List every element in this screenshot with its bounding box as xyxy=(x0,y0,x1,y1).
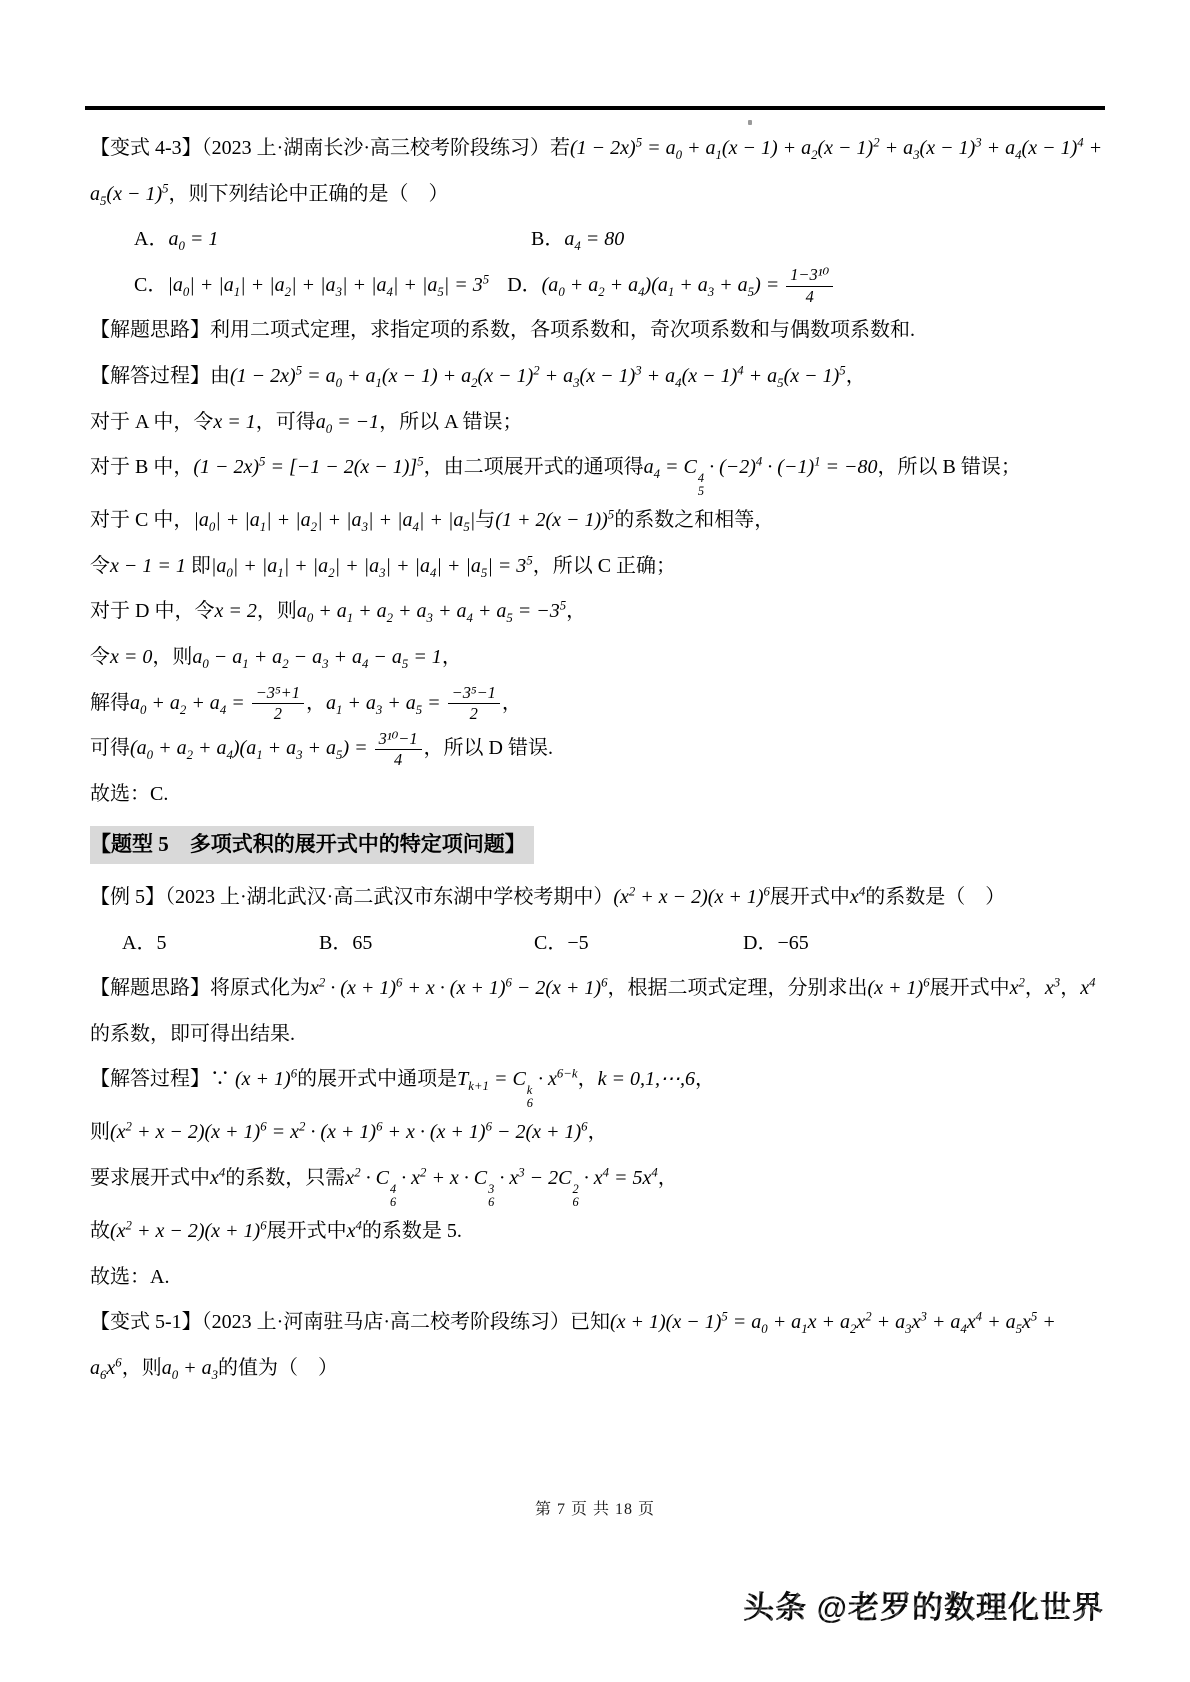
solution-step-d3: 解得a0 + a2 + a4 = −3⁵+12，a1 + a3 + a5 = −… xyxy=(90,681,1104,727)
problem-variant-5-1: 【变式 5-1】（2023 上·河南驻马店·高二校考阶段练习）已知(x + 1)… xyxy=(90,1300,1104,1391)
solution-step-b: 对于 B 中，(1 − 2x)5 = [−1 − 2(x − 1)]5，由二项展… xyxy=(90,445,1104,498)
document-page: 【变式 4-3】（2023 上·湖南长沙·高三校考阶段练习）若(1 − 2x)5… xyxy=(0,0,1190,1682)
solution-step-d2: 令x = 0，则a0 − a1 + a2 − a3 + a4 − a5 = 1， xyxy=(90,635,1104,681)
solution-process-4-3: 【解答过程】由(1 − 2x)5 = a0 + a1(x − 1) + a2(x… xyxy=(90,354,1104,400)
option-b: B．a4 = 80 xyxy=(531,217,624,263)
option-c: C．−5 xyxy=(534,921,743,967)
solution-idea-4-3: 【解题思路】利用二项式定理，求指定项的系数，各项系数和，奇次项系数和与偶数项系数… xyxy=(90,308,1104,354)
options-row-ex5: A．5 B．65 C．−5 D．−65 xyxy=(90,921,1104,967)
section-header-label: 【题型 5 多项式积的展开式中的特定项问题】 xyxy=(90,826,534,864)
option-b: B．65 xyxy=(319,921,534,967)
solution-step-d: 对于 D 中，令x = 2，则a0 + a1 + a2 + a3 + a4 + … xyxy=(90,589,1104,635)
stray-mark xyxy=(748,120,752,125)
watermark: 头条 @老罗的数理化世界 xyxy=(743,1582,1104,1627)
header-rule xyxy=(85,106,1105,110)
options-row-4-3-ab: A．a0 = 1 B．a4 = 80 xyxy=(90,217,1104,263)
section-header-type5: 【题型 5 多项式积的展开式中的特定项问题】 xyxy=(90,823,1104,869)
option-d: D．−65 xyxy=(743,921,809,967)
answer-ex5: 故选：A. xyxy=(90,1255,1104,1301)
options-row-4-3-cd: C．|a0| + |a1| + |a2| + |a3| + |a4| + |a5… xyxy=(90,263,1104,309)
solution-step-ex5-1: 则(x2 + x − 2)(x + 1)6 = x2 · (x + 1)6 + … xyxy=(90,1110,1104,1156)
solution-process-ex5: 【解答过程】∵ (x + 1)6的展开式中通项是Tk+1 = Ck6 · x6−… xyxy=(90,1057,1104,1110)
option-a: A．5 xyxy=(122,921,319,967)
option-d: D．(a0 + a2 + a4)(a1 + a3 + a5) = 1−3¹⁰4 xyxy=(507,263,835,309)
solution-step-ex5-2: 要求展开式中x4的系数，只需x2 · C46 · x2 + x · C36 · … xyxy=(90,1156,1104,1209)
answer-4-3: 故选：C. xyxy=(90,772,1104,818)
solution-step-a: 对于 A 中，令x = 1，可得a0 = −1，所以 A 错误； xyxy=(90,400,1104,446)
option-a: A．a0 = 1 xyxy=(134,217,531,263)
option-c: C．|a0| + |a1| + |a2| + |a3| + |a4| + |a5… xyxy=(134,263,489,309)
solution-step-c2: 令x − 1 = 1 即|a0| + |a1| + |a2| + |a3| + … xyxy=(90,544,1104,590)
page-number: 第 7 页 共 18 页 xyxy=(0,1496,1190,1519)
problem-variant-4-3: 【变式 4-3】（2023 上·湖南长沙·高三校考阶段练习）若(1 − 2x)5… xyxy=(90,126,1104,217)
document-body: 【变式 4-3】（2023 上·湖南长沙·高三校考阶段练习）若(1 − 2x)5… xyxy=(90,126,1104,1391)
problem-example-5: 【例 5】（2023 上·湖北武汉·高二武汉市东湖中学校考期中）(x2 + x … xyxy=(90,875,1104,921)
solution-step-c: 对于 C 中，|a0| + |a1| + |a2| + |a3| + |a4| … xyxy=(90,498,1104,544)
solution-step-d4: 可得(a0 + a2 + a4)(a1 + a3 + a5) = 3¹⁰−14，… xyxy=(90,726,1104,772)
solution-step-ex5-3: 故(x2 + x − 2)(x + 1)6展开式中x4的系数是 5. xyxy=(90,1209,1104,1255)
solution-idea-ex5: 【解题思路】将原式化为x2 · (x + 1)6 + x · (x + 1)6 … xyxy=(90,966,1104,1057)
